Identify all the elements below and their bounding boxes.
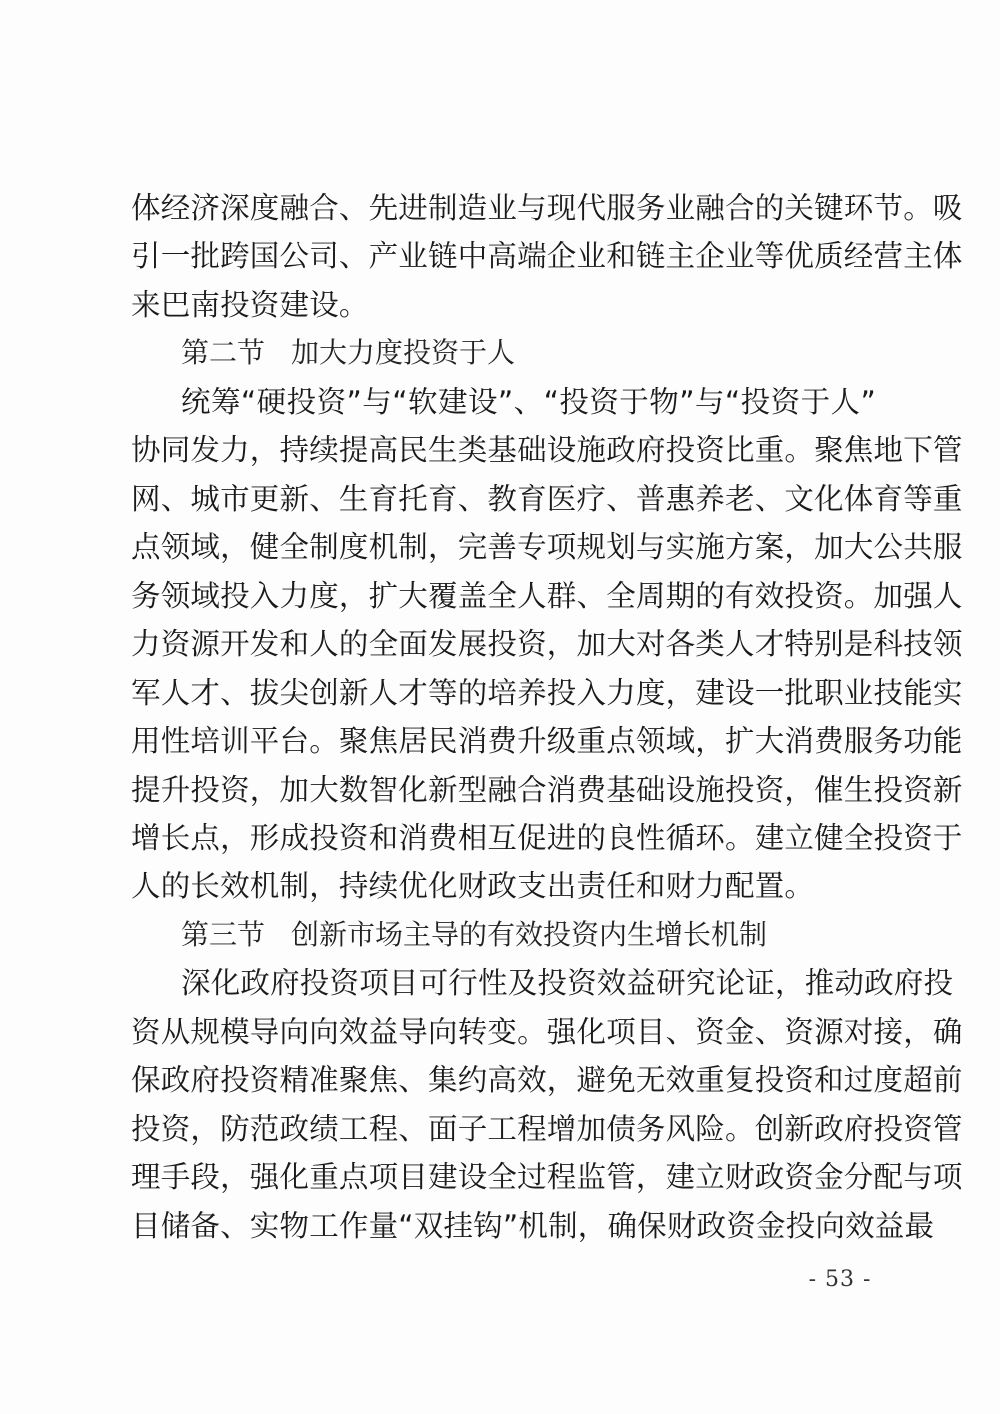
section-title: 创新市场主导的有效投资内生增长机制 [291,918,767,951]
text-line: 人的长效机制，持续优化财政支出责任和财力配置。 [131,866,876,906]
text-line: 务领域投入力度，扩大覆盖全人群、全周期的有效投资。加强人 [131,576,876,616]
section-heading-2: 第二节加大力度投资于人 [181,333,515,373]
text-line: 保政府投资精准聚焦、集约高效，避免无效重复投资和过度超前 [131,1060,876,1100]
text-line: 增长点，形成投资和消费相互促进的良性循环。建立健全投资于 [131,818,876,858]
text-line: 来巴南投资建设。 [131,285,876,325]
section-number: 第三节 [181,918,265,951]
text-line: 目储备、实物工作量“双挂钩”机制，确保财政资金投向效益最 [131,1206,876,1246]
text-line: 提升投资，加大数智化新型融合消费基础设施投资，催生投资新 [131,770,876,810]
text-line: 资从规模导向向效益导向转变。强化项目、资金、资源对接，确 [131,1012,876,1052]
text-line: 网、城市更新、生育托育、教育医疗、普惠养老、文化体育等重 [131,479,876,519]
text-line: 点领域，健全制度机制，完善专项规划与实施方案，加大公共服 [131,527,876,567]
section-number: 第二节 [181,336,265,369]
page-number: - 53 - [800,1265,880,1295]
section-title: 加大力度投资于人 [291,336,515,369]
text-line: 协同发力，持续提高民生类基础设施政府投资比重。聚焦地下管 [131,430,876,470]
text-line: 体经济深度融合、先进制造业与现代服务业融合的关键环节。吸 [131,188,876,228]
text-line: 投资，防范政绩工程、面子工程增加债务风险。创新政府投资管 [131,1109,876,1149]
text-line: 深化政府投资项目可行性及投资效益研究论证，推动政府投 [181,963,876,1003]
text-line: 理手段，强化重点项目建设全过程监管，建立财政资金分配与项 [131,1157,876,1197]
text-line: 军人才、拔尖创新人才等的培养投入力度，建设一批职业技能实 [131,673,876,713]
text-line: 用性培训平台。聚焦居民消费升级重点领域，扩大消费服务功能 [131,721,876,761]
text-line: 统筹“硬投资”与“软建设”、“投资于物”与“投资于人” [181,382,876,422]
section-heading-3: 第三节创新市场主导的有效投资内生增长机制 [181,915,767,955]
text-line: 力资源开发和人的全面发展投资，加大对各类人才特别是科技领 [131,624,876,664]
document-page: 体经济深度融合、先进制造业与现代服务业融合的关键环节。吸 引一批跨国公司、产业链… [0,0,1000,1414]
text-line: 引一批跨国公司、产业链中高端企业和链主企业等优质经营主体 [131,236,876,276]
